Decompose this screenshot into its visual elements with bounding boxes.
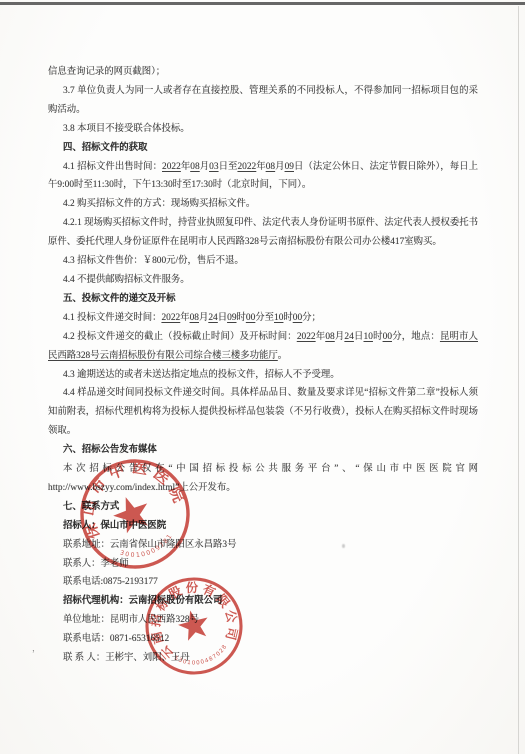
section-intro: 信息查询记录的网页截图）； 3.7 单位负责人为同一人或者存在直接控股、管理关系… xyxy=(48,63,478,139)
agency-name: 招标代理机构：云南招标股份有限公司 xyxy=(48,592,478,611)
underlined-value: 08 xyxy=(266,162,275,172)
tenderer-phone: 联系电话:0875-2193177 xyxy=(48,573,478,592)
clause-5-late-delivery: 4.3 逾期送达的或者未送达指定地点的投标文件，招标人不予受理。 xyxy=(48,366,478,385)
svg-text:保山市中医医院: 保山市中医医院 xyxy=(73,452,191,542)
text-segment: 分； xyxy=(302,313,321,323)
underlined-value: 2022 xyxy=(161,313,180,323)
clause-4-1-sale-time: 4.1 招标文件出售时间：2022年08月03日至2022年08月09日（法定公… xyxy=(48,158,478,196)
text-segment: 月 xyxy=(275,162,285,172)
text-segment: 时 xyxy=(237,313,246,323)
svg-text:5301000487028: 5301000487028 xyxy=(172,642,232,672)
agency-phone: 联系电话：0871-65316512 xyxy=(48,630,478,649)
scan-noise-dot xyxy=(342,544,345,548)
text-segment: ，地点： xyxy=(402,332,440,342)
underlined-value: 10 xyxy=(274,313,283,323)
text-segment: 年 xyxy=(181,162,191,172)
document-body: 信息查询记录的网页截图）； 3.7 单位负责人为同一人或者存在直接控股、管理关系… xyxy=(48,63,478,668)
text-segment: 日至 xyxy=(219,162,238,172)
text-segment: 时 xyxy=(373,332,383,342)
continuation-line: 信息查询记录的网页截图）； xyxy=(48,63,478,82)
scan-noise-speck: ， xyxy=(32,641,41,654)
text-segment: 年 xyxy=(316,332,326,342)
hospital-seal-org-text: 保山市中医医院 xyxy=(73,452,191,542)
underlined-value: 08 xyxy=(190,313,199,323)
agency-seal-serial-text: 5301000487028 xyxy=(172,642,232,672)
underlined-value: 24 xyxy=(344,332,353,342)
text-segment: 年 xyxy=(256,162,266,172)
section-5-bid-submission: 五、投标文件的递交及开标 4.1 投标文件递交时间：2022年08月24日09时… xyxy=(48,290,478,441)
section-4-obtaining-documents: 四、招标文件的获取 4.1 招标文件出售时间：2022年08月03日至2022年… xyxy=(48,139,478,290)
agency-address: 单位地址：昆明市人民西路328号 xyxy=(48,611,478,630)
underlined-value: 09 xyxy=(227,313,236,323)
underlined-value: 09 xyxy=(285,162,294,172)
underlined-value: 00 xyxy=(246,313,255,323)
star-icon xyxy=(175,607,211,642)
scan-edge-top-line xyxy=(0,2,525,5)
underlined-value: 2022 xyxy=(162,162,181,172)
clause-3-8: 3.8 本项目不接受联合体投标。 xyxy=(48,120,478,139)
clause-4-4-no-mail-order: 4.4 不提供邮购招标文件服务。 xyxy=(48,271,478,290)
underlined-value: 2022 xyxy=(297,332,316,342)
underlined-value: 10 xyxy=(364,332,373,342)
text-segment: 月 xyxy=(200,162,210,172)
section-5-heading: 五、投标文件的递交及开标 xyxy=(48,290,478,309)
clause-5-submission-time: 4.1 投标文件递交时间：2022年08月24日09时00分至10时00分； xyxy=(48,309,478,328)
underlined-value: 08 xyxy=(325,332,334,342)
text-segment: 分 xyxy=(392,332,402,342)
star-icon xyxy=(109,491,155,536)
text-segment: 年 xyxy=(180,313,189,323)
text-segment: 月 xyxy=(335,332,345,342)
text-segment: 。 xyxy=(278,351,287,361)
text-segment: 日 xyxy=(354,332,364,342)
underlined-value: 2022 xyxy=(237,162,256,172)
underlined-value: 00 xyxy=(383,332,392,342)
clause-5-deadline-opening: 4.2 投标文件递交的截止（投标截止时间）及开标时间：2022年08月24日10… xyxy=(48,328,478,366)
hospital-seal-serial-text: 30010009781 xyxy=(117,531,178,567)
clause-4-2-purchase-method: 4.2 购买招标文件的方式：现场购买招标文件。 xyxy=(48,195,478,214)
underlined-value: 03 xyxy=(209,162,218,172)
text-segment: 日 xyxy=(218,313,227,323)
underlined-value: 00 xyxy=(293,313,302,323)
text-segment: 4.1 招标文件出售时间： xyxy=(63,162,162,172)
svg-text:30010009781: 30010009781 xyxy=(117,531,178,567)
hospital-official-seal: 保山市中医医院 30010009781 xyxy=(73,452,197,576)
clause-3-7: 3.7 单位负责人为同一人或者存在直接控股、管理关系的不同投标人，不得参加同一招… xyxy=(48,82,478,120)
underlined-value: 08 xyxy=(190,162,199,172)
text-segment: 分至 xyxy=(255,313,274,323)
text-segment: 时 xyxy=(283,313,292,323)
clause-5-samples: 4.4 样品递交时间同投标文件递交时间。具体样品品目、数量及要求详见“招标文件第… xyxy=(48,384,478,441)
underlined-value: 24 xyxy=(208,313,217,323)
agency-official-seal: 云南招标股份有限公司 5301000487028 xyxy=(139,571,249,681)
agency-contact-persons: 联 系 人：王彬宇、刘阳、王丹 xyxy=(48,649,478,668)
text-segment: 4.2 投标文件递交的截止（投标截止时间）及开标时间： xyxy=(63,332,297,342)
text-segment: 4.1 投标文件递交时间： xyxy=(63,313,161,323)
text-segment: 月 xyxy=(199,313,208,323)
section-4-heading: 四、招标文件的获取 xyxy=(48,139,478,158)
clause-4-2-1-onsite-purchase: 4.2.1 现场购买招标文件时，持营业执照复印件、法定代表人身份证明书原件、法定… xyxy=(48,214,478,252)
scan-edge-right-line xyxy=(518,6,519,754)
scanned-tender-document-page: 信息查询记录的网页截图）； 3.7 单位负责人为同一人或者存在直接控股、管理关系… xyxy=(0,0,525,754)
clause-4-3-price: 4.3 招标文件售价：￥800元/份，售后不退。 xyxy=(48,252,478,271)
